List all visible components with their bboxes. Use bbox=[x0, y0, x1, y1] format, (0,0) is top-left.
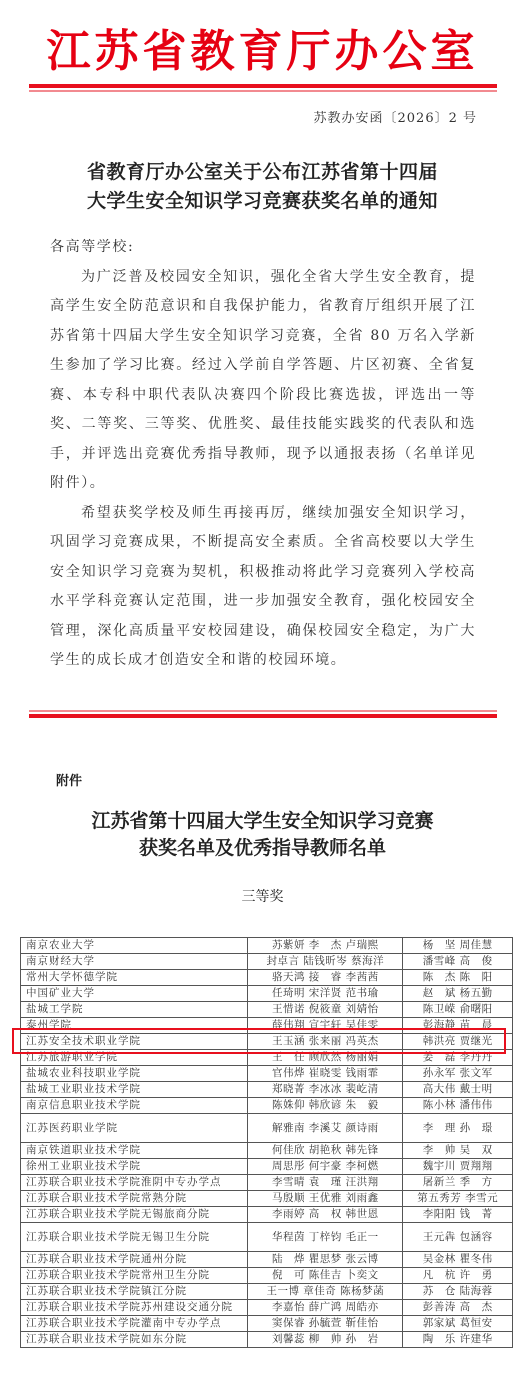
students-cell: 王惜诺 倪筱童 刘婧怡 bbox=[248, 1002, 403, 1018]
students-cell: 马殷顺 王优雅 刘雨鑫 bbox=[248, 1191, 403, 1207]
attachment-title-line2: 获奖名单及优秀指导教师名单 bbox=[0, 835, 525, 862]
school-cell: 江苏联合职业技术学院常熟分院 bbox=[21, 1191, 248, 1207]
school-cell: 江苏联合职业技术学院常州卫生分院 bbox=[21, 1268, 248, 1284]
teachers-cell: 陈小林 潘伟伟 bbox=[403, 1098, 513, 1114]
table-row: 江苏医药职业学院解雅南 李溪艾 颜诗雨李 理 孙 璟 bbox=[21, 1114, 513, 1143]
teachers-cell: 陶 乐 许建华 bbox=[403, 1332, 513, 1348]
students-cell: 陈姝仰 韩欣谚 朱 毅 bbox=[248, 1098, 403, 1114]
school-cell: 盐城工学院 bbox=[21, 1002, 248, 1018]
school-cell: 南京铁道职业技术学院 bbox=[21, 1143, 248, 1159]
notice-title: 省教育厅办公室关于公布江苏省第十四届 大学生安全知识学习竞赛获奖名单的通知 bbox=[0, 158, 525, 216]
students-cell: 郑晓菁 李冰冰 裴屹清 bbox=[248, 1082, 403, 1098]
students-cell: 倪 可 陈佳吉 卜奕文 bbox=[248, 1268, 403, 1284]
teachers-cell: 李阳阳 钱 菁 bbox=[403, 1207, 513, 1223]
table-row: 中国矿业大学任琦明 宋洋贤 范书瑜赵 斌 杨五勤 bbox=[21, 986, 513, 1002]
masthead-title: 江苏省教育厅办公室 bbox=[0, 22, 525, 82]
teachers-cell: 吴金林 瞿冬伟 bbox=[403, 1252, 513, 1268]
award-level-heading: 三等奖 bbox=[0, 886, 525, 906]
teachers-cell: 魏宇川 贾翔翔 bbox=[403, 1159, 513, 1175]
table-row: 江苏联合职业技术学院镇江分院王一博 章佳奇 陈杨梦菡苏 仓 陆海蓉 bbox=[21, 1284, 513, 1300]
school-cell: 南京财经大学 bbox=[21, 954, 248, 970]
table-row: 盐城农业科技职业学院官伟烨 崔晓雯 钱雨霏孙永军 张文军 bbox=[21, 1066, 513, 1082]
school-cell: 南京农业大学 bbox=[21, 938, 248, 954]
paragraph-2: 希望获奖学校及师生再接再厉，继续加强安全知识学习，巩固学习竞赛成果，不断提高安全… bbox=[50, 499, 476, 676]
teachers-cell: 屠新兰 季 方 bbox=[403, 1175, 513, 1191]
paragraph-1: 为广泛普及校园安全知识，强化全省大学生安全教育，提高学生安全防范意识和自我保护能… bbox=[50, 263, 476, 499]
students-cell: 官伟烨 崔晓雯 钱雨霏 bbox=[248, 1066, 403, 1082]
teachers-cell: 李 理 孙 璟 bbox=[403, 1114, 513, 1143]
table-row: 江苏联合职业技术学院无锡卫生分院华程茵 丁梓钧 毛正一王元犇 包涵容 bbox=[21, 1223, 513, 1252]
table-row: 江苏联合职业技术学院淮阴中专办学点李雪晴 袁 瑾 汪洪翔屠新兰 季 方 bbox=[21, 1175, 513, 1191]
highlight-annotation-box bbox=[12, 1028, 506, 1054]
school-cell: 徐州工业职业技术学院 bbox=[21, 1159, 248, 1175]
teachers-cell: 凡 杭 许 勇 bbox=[403, 1268, 513, 1284]
teachers-cell: 陈 杰 陈 阳 bbox=[403, 970, 513, 986]
notice-body: 各高等学校: 为广泛普及校园安全知识，强化全省大学生安全教育，提高学生安全防范意… bbox=[50, 233, 476, 676]
students-cell: 窦保睿 孙毓萱 靳佳怡 bbox=[248, 1316, 403, 1332]
students-cell: 李雨婷 高 权 韩世恩 bbox=[248, 1207, 403, 1223]
teachers-cell: 高大伟 戴士明 bbox=[403, 1082, 513, 1098]
school-cell: 江苏联合职业技术学院镇江分院 bbox=[21, 1284, 248, 1300]
school-cell: 江苏联合职业技术学院灌南中专办学点 bbox=[21, 1316, 248, 1332]
table-row: 常州大学怀德学院骆天鸿 接 睿 李茜茜陈 杰 陈 阳 bbox=[21, 970, 513, 986]
students-cell: 周思彤 何宇豪 李柯燃 bbox=[248, 1159, 403, 1175]
teachers-cell: 彭善涛 高 杰 bbox=[403, 1300, 513, 1316]
table-row: 江苏联合职业技术学院灌南中专办学点窦保睿 孙毓萱 靳佳怡郭家斌 葛恒安 bbox=[21, 1316, 513, 1332]
school-cell: 中国矿业大学 bbox=[21, 986, 248, 1002]
teachers-cell: 陈卫嵘 俞曙阳 bbox=[403, 1002, 513, 1018]
students-cell: 华程茵 丁梓钧 毛正一 bbox=[248, 1223, 403, 1252]
teachers-cell: 苏 仓 陆海蓉 bbox=[403, 1284, 513, 1300]
school-cell: 盐城工业职业技术学院 bbox=[21, 1082, 248, 1098]
students-cell: 任琦明 宋洋贤 范书瑜 bbox=[248, 986, 403, 1002]
teachers-cell: 赵 斌 杨五勤 bbox=[403, 986, 513, 1002]
notice-title-line1: 省教育厅办公室关于公布江苏省第十四届 bbox=[0, 158, 525, 187]
table-row: 盐城工学院王惜诺 倪筱童 刘婧怡陈卫嵘 俞曙阳 bbox=[21, 1002, 513, 1018]
teachers-cell: 第五秀芳 李雪元 bbox=[403, 1191, 513, 1207]
students-cell: 陆 烨 瞿思梦 张云博 bbox=[248, 1252, 403, 1268]
students-cell: 何佳欣 胡艳秋 韩先锋 bbox=[248, 1143, 403, 1159]
students-cell: 苏紫妍 李 杰 卢瑞熙 bbox=[248, 938, 403, 954]
attachment-title: 江苏省第十四届大学生安全知识学习竞赛 获奖名单及优秀指导教师名单 bbox=[0, 808, 525, 862]
notice-title-line2: 大学生安全知识学习竞赛获奖名单的通知 bbox=[0, 187, 525, 216]
school-cell: 江苏医药职业学院 bbox=[21, 1114, 248, 1143]
teachers-cell: 潘雪峰 高 俊 bbox=[403, 954, 513, 970]
students-cell: 李雪晴 袁 瑾 汪洪翔 bbox=[248, 1175, 403, 1191]
school-cell: 盐城农业科技职业学院 bbox=[21, 1066, 248, 1082]
salutation: 各高等学校: bbox=[50, 233, 476, 263]
table-row: 江苏联合职业技术学院常熟分院马殷顺 王优雅 刘雨鑫第五秀芳 李雪元 bbox=[21, 1191, 513, 1207]
school-cell: 常州大学怀德学院 bbox=[21, 970, 248, 986]
table-row: 江苏联合职业技术学院苏州建设交通分院李嘉怡 薛广鸿 周皓亦彭善涛 高 杰 bbox=[21, 1300, 513, 1316]
school-cell: 江苏联合职业技术学院无锡卫生分院 bbox=[21, 1223, 248, 1252]
page-divider bbox=[29, 710, 497, 718]
teachers-cell: 郭家斌 葛恒安 bbox=[403, 1316, 513, 1332]
teachers-cell: 孙永军 张文军 bbox=[403, 1066, 513, 1082]
teachers-cell: 李 帅 吴 双 bbox=[403, 1143, 513, 1159]
teachers-cell: 王元犇 包涵容 bbox=[403, 1223, 513, 1252]
table-row: 江苏联合职业技术学院如东分院刘馨蕊 柳 帅 孙 岩陶 乐 许建华 bbox=[21, 1332, 513, 1348]
table-row: 江苏联合职业技术学院常州卫生分院倪 可 陈佳吉 卜奕文凡 杭 许 勇 bbox=[21, 1268, 513, 1284]
school-cell: 江苏联合职业技术学院苏州建设交通分院 bbox=[21, 1300, 248, 1316]
awards-table: 南京农业大学苏紫妍 李 杰 卢瑞熙杨 坚 周佳慧南京财经大学封卓言 陆钱昕岑 蔡… bbox=[20, 937, 513, 1348]
school-cell: 江苏联合职业技术学院无锡旅商分院 bbox=[21, 1207, 248, 1223]
table-row: 南京信息职业技术学院陈姝仰 韩欣谚 朱 毅陈小林 潘伟伟 bbox=[21, 1098, 513, 1114]
table-row: 江苏联合职业技术学院无锡旅商分院李雨婷 高 权 韩世恩李阳阳 钱 菁 bbox=[21, 1207, 513, 1223]
table-row: 南京农业大学苏紫妍 李 杰 卢瑞熙杨 坚 周佳慧 bbox=[21, 938, 513, 954]
table-row: 盐城工业职业技术学院郑晓菁 李冰冰 裴屹清高大伟 戴士明 bbox=[21, 1082, 513, 1098]
school-cell: 南京信息职业技术学院 bbox=[21, 1098, 248, 1114]
table-row: 徐州工业职业技术学院周思彤 何宇豪 李柯燃魏宇川 贾翔翔 bbox=[21, 1159, 513, 1175]
masthead-divider bbox=[29, 84, 497, 92]
students-cell: 封卓言 陆钱昕岑 蔡海洋 bbox=[248, 954, 403, 970]
school-cell: 江苏联合职业技术学院淮阴中专办学点 bbox=[21, 1175, 248, 1191]
table-row: 江苏联合职业技术学院通州分院陆 烨 瞿思梦 张云博吴金林 瞿冬伟 bbox=[21, 1252, 513, 1268]
school-cell: 江苏联合职业技术学院通州分院 bbox=[21, 1252, 248, 1268]
attachment-label: 附件 bbox=[56, 770, 82, 789]
school-cell: 江苏联合职业技术学院如东分院 bbox=[21, 1332, 248, 1348]
table-row: 南京财经大学封卓言 陆钱昕岑 蔡海洋潘雪峰 高 俊 bbox=[21, 954, 513, 970]
students-cell: 王一博 章佳奇 陈杨梦菡 bbox=[248, 1284, 403, 1300]
document-number: 苏教办安函〔2026〕2 号 bbox=[314, 107, 478, 126]
students-cell: 解雅南 李溪艾 颜诗雨 bbox=[248, 1114, 403, 1143]
students-cell: 骆天鸿 接 睿 李茜茜 bbox=[248, 970, 403, 986]
students-cell: 李嘉怡 薛广鸿 周皓亦 bbox=[248, 1300, 403, 1316]
table-row: 南京铁道职业技术学院何佳欣 胡艳秋 韩先锋李 帅 吴 双 bbox=[21, 1143, 513, 1159]
teachers-cell: 杨 坚 周佳慧 bbox=[403, 938, 513, 954]
attachment-title-line1: 江苏省第十四届大学生安全知识学习竞赛 bbox=[0, 808, 525, 835]
students-cell: 刘馨蕊 柳 帅 孙 岩 bbox=[248, 1332, 403, 1348]
